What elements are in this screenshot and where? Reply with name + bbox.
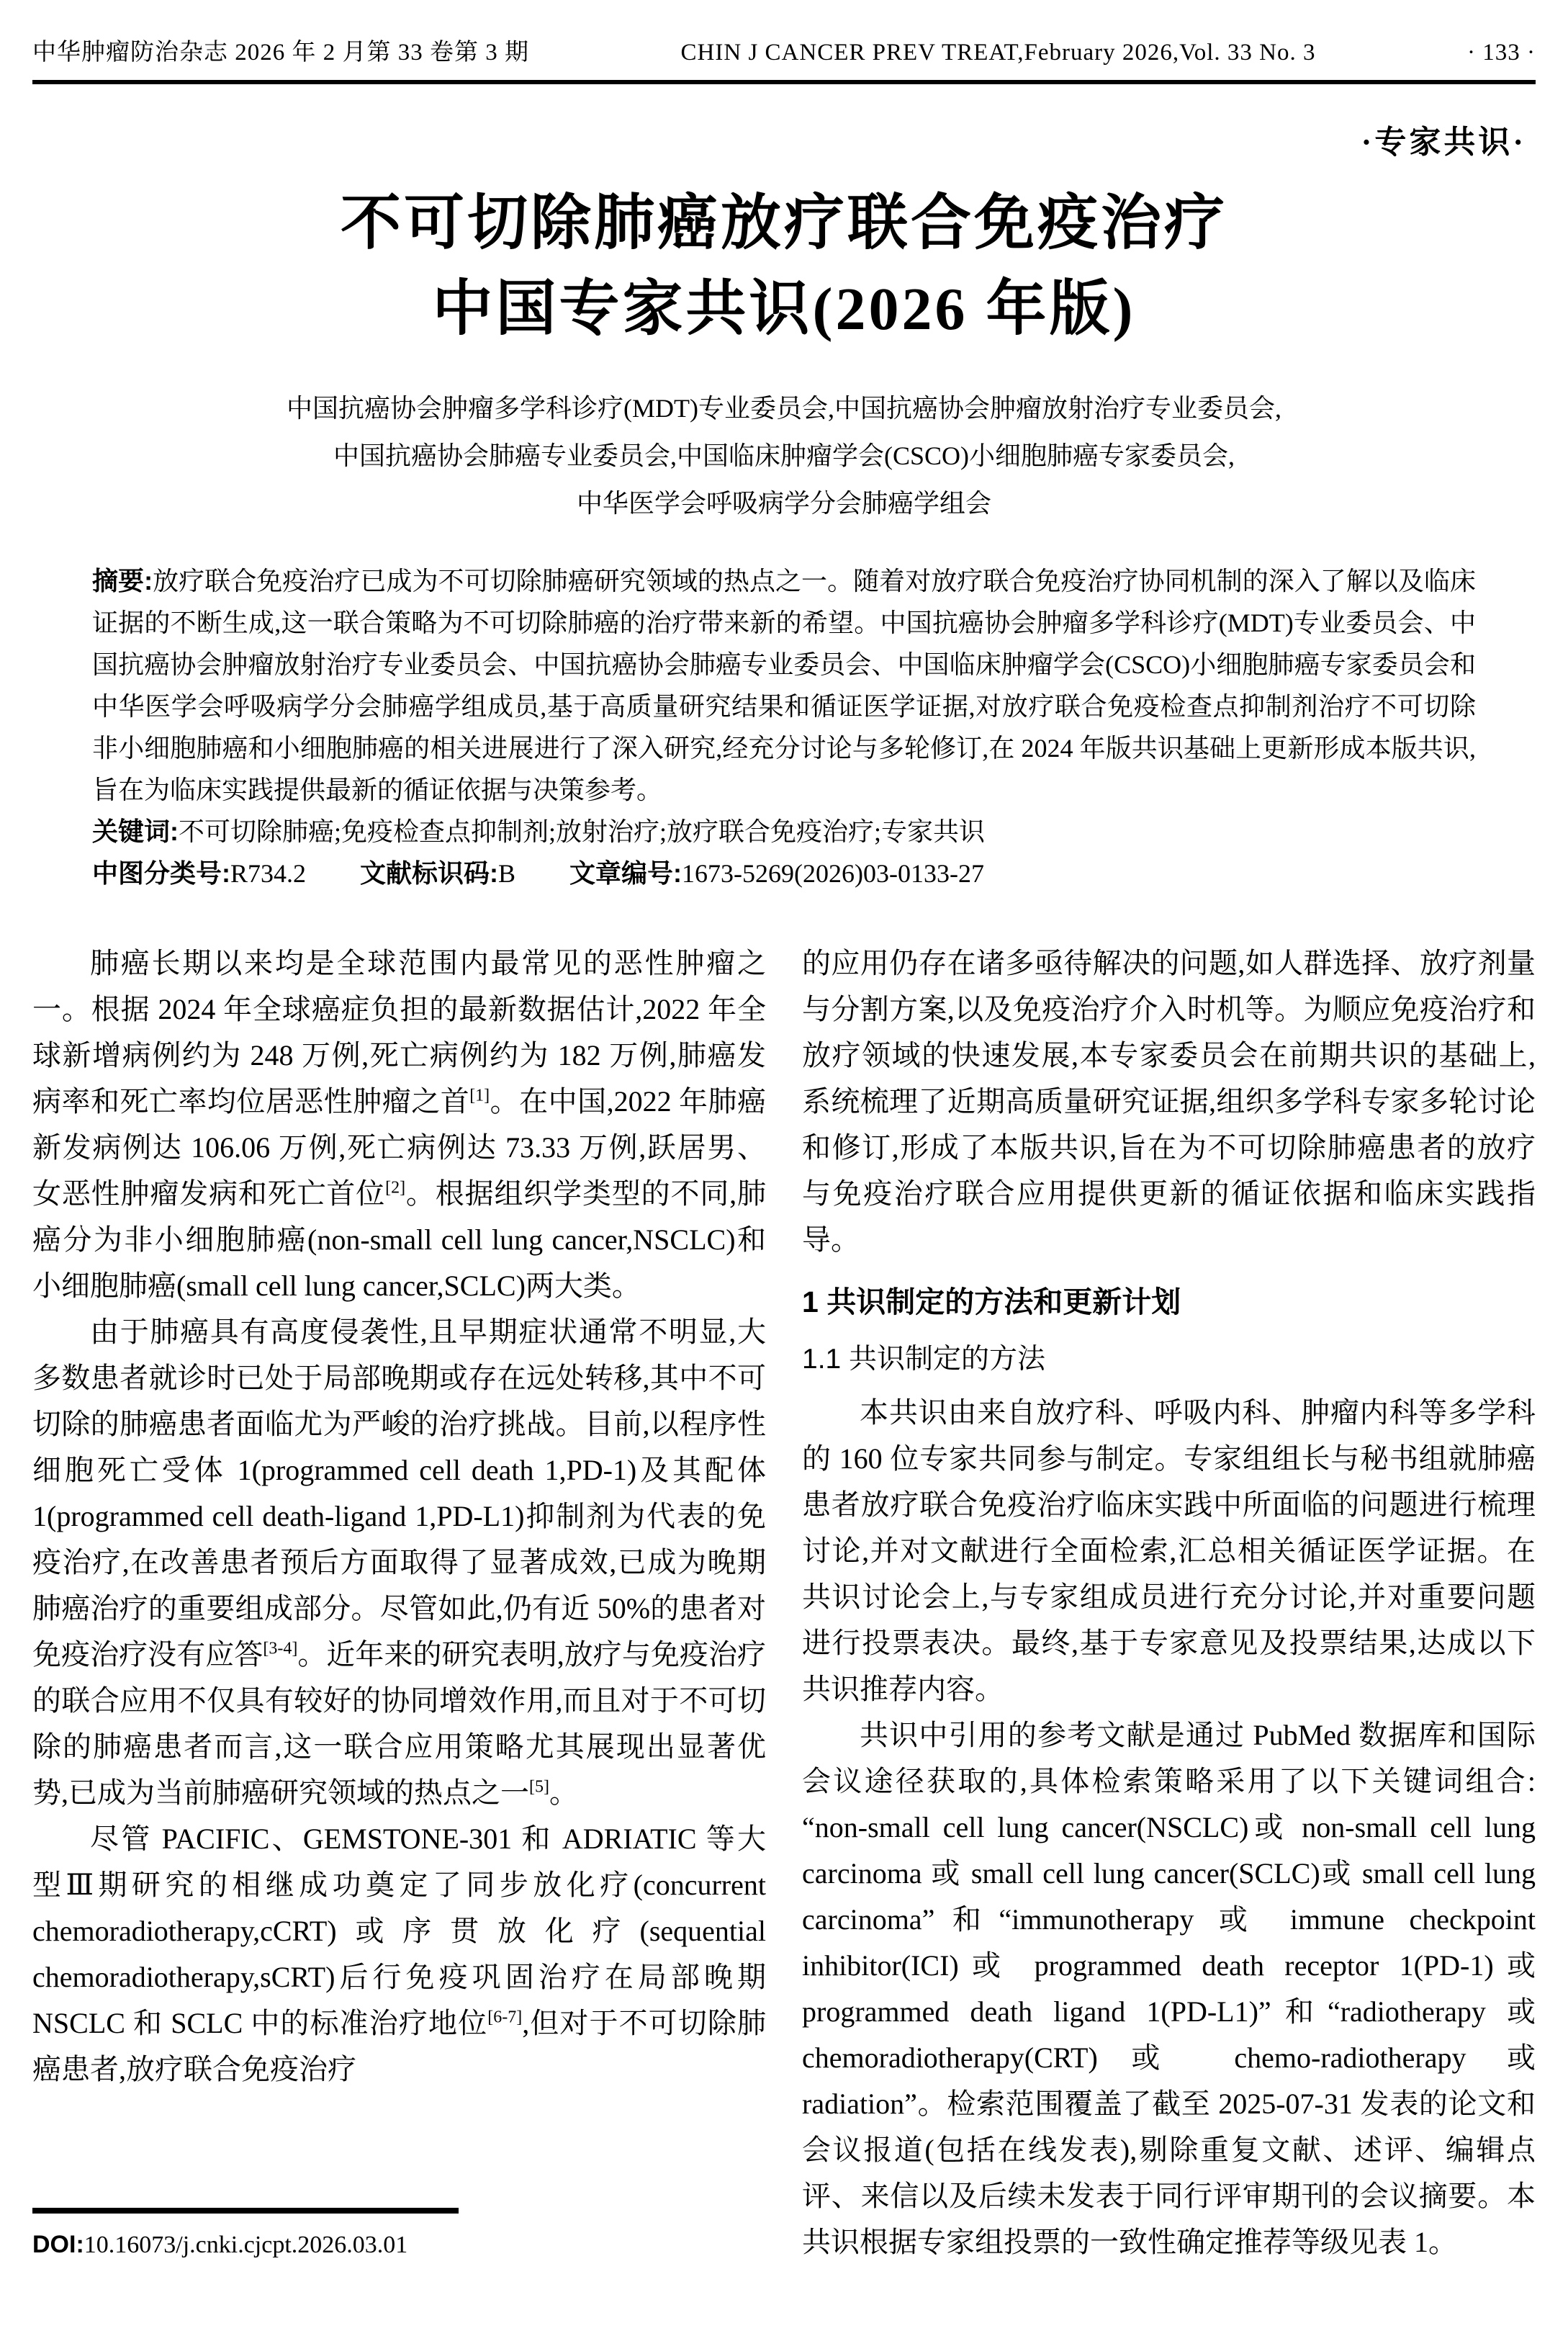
doi-value: 10.16073/j.cnki.cjcpt.2026.03.01	[84, 2232, 408, 2258]
column-badge: ·专家共识·	[0, 116, 1526, 162]
body-paragraph: 本共识由来自放疗科、呼吸内科、肿瘤内科等多学科的 160 位专家共同参与制定。专…	[802, 1390, 1536, 1712]
journal-title-cn: 中华肿瘤防治杂志 2026 年 2 月第 33 卷第 3 期	[32, 33, 529, 67]
abstract-label: 摘要:	[92, 566, 153, 596]
footnote-rule	[32, 2208, 459, 2214]
keywords: 关键词:不可切除肺癌;免疫检查点抑制剂;放射治疗;放疗联合免疫治疗;专家共识	[92, 811, 1476, 853]
page-number: · 133 ·	[1467, 40, 1536, 66]
subsection-heading: 1.1 共识制定的方法	[802, 1336, 1536, 1383]
citation-ref: [1]	[469, 1086, 490, 1105]
document-code: 文献标识码:B	[360, 859, 515, 888]
affiliation-line: 中华医学会呼吸病学分会肺癌学组会	[0, 480, 1568, 527]
affiliation-line: 中国抗癌协会肿瘤多学科诊疗(MDT)专业委员会,中国抗癌协会肿瘤放射治疗专业委员…	[0, 385, 1568, 432]
doi-label: DOI:	[32, 2231, 84, 2258]
citation-ref: [5]	[529, 1777, 549, 1796]
body-columns: 肺癌长期以来均是全球范围内最常见的恶性肿瘤之一。根据 2024 年全球癌症负担的…	[32, 940, 1536, 2265]
journal-title-en: CHIN J CANCER PREV TREAT,February 2026,V…	[681, 40, 1316, 66]
abstract: 摘要:放疗联合免疫治疗已成为不可切除肺癌研究领域的热点之一。随着对放疗联合免疫治…	[92, 560, 1476, 811]
body-paragraph: 共识中引用的参考文献是通过 PubMed 数据库和国际会议途径获取的,具体检索策…	[802, 1712, 1536, 2265]
journal-page: 中华肿瘤防治杂志 2026 年 2 月第 33 卷第 3 期 CHIN J CA…	[0, 0, 1568, 2341]
left-column: 肺癌长期以来均是全球范围内最常见的恶性肿瘤之一。根据 2024 年全球癌症负担的…	[32, 940, 766, 2265]
citation-ref: [6-7]	[487, 2008, 522, 2026]
article-meta: 中图分类号:R734.2 文献标识码:B 文章编号:1673-5269(2026…	[92, 853, 1476, 894]
keywords-text: 不可切除肺癌;免疫检查点抑制剂;放射治疗;放疗联合免疫治疗;专家共识	[179, 817, 985, 846]
author-affiliations: 中国抗癌协会肿瘤多学科诊疗(MDT)专业委员会,中国抗癌协会肿瘤放射治疗专业委员…	[0, 385, 1568, 527]
affiliation-line: 中国抗癌协会肺癌专业委员会,中国临床肿瘤学会(CSCO)小细胞肺癌专家委员会,	[0, 432, 1568, 480]
article-id: 文章编号:1673-5269(2026)03-0133-27	[569, 859, 984, 888]
clc-number: 中图分类号:R734.2	[92, 859, 306, 888]
citation-ref: [2]	[385, 1178, 405, 1197]
running-header: 中华肿瘤防治杂志 2026 年 2 月第 33 卷第 3 期 CHIN J CA…	[32, 33, 1536, 67]
body-paragraph: 尽管 PACIFIC、GEMSTONE-301 和 ADRIATIC 等大型Ⅲ期…	[32, 1816, 766, 2093]
article-title-line2: 中国专家共识(2026 年版)	[433, 276, 1136, 343]
body-paragraph: 肺癌长期以来均是全球范围内最常见的恶性肿瘤之一。根据 2024 年全球癌症负担的…	[32, 940, 766, 1309]
keywords-label: 关键词:	[92, 817, 179, 846]
article-title-line1: 不可切除肺癌放疗联合免疫治疗	[341, 190, 1227, 257]
header-rule	[32, 80, 1536, 84]
right-column: 的应用仍存在诸多亟待解决的问题,如人群选择、放疗剂量与分割方案,以及免疫治疗介入…	[802, 940, 1536, 2265]
front-matter: 摘要:放疗联合免疫治疗已成为不可切除肺癌研究领域的热点之一。随着对放疗联合免疫治…	[92, 560, 1476, 894]
body-paragraph: 由于肺癌具有高度侵袭性,且早期症状通常不明显,大多数患者就诊时已处于局部晚期或存…	[32, 1309, 766, 1816]
article-title: 不可切除肺癌放疗联合免疫治疗 中国专家共识(2026 年版)	[0, 181, 1568, 353]
section-heading: 1 共识制定的方法和更新计划	[802, 1279, 1536, 1325]
abstract-text: 放疗联合免疫治疗已成为不可切除肺癌研究领域的热点之一。随着对放疗联合免疫治疗协同…	[92, 567, 1476, 804]
doi-line: DOI:10.16073/j.cnki.cjcpt.2026.03.01	[32, 2231, 407, 2259]
body-paragraph: 的应用仍存在诸多亟待解决的问题,如人群选择、放疗剂量与分割方案,以及免疫治疗介入…	[802, 940, 1536, 1263]
citation-ref: [3-4]	[263, 1639, 297, 1658]
